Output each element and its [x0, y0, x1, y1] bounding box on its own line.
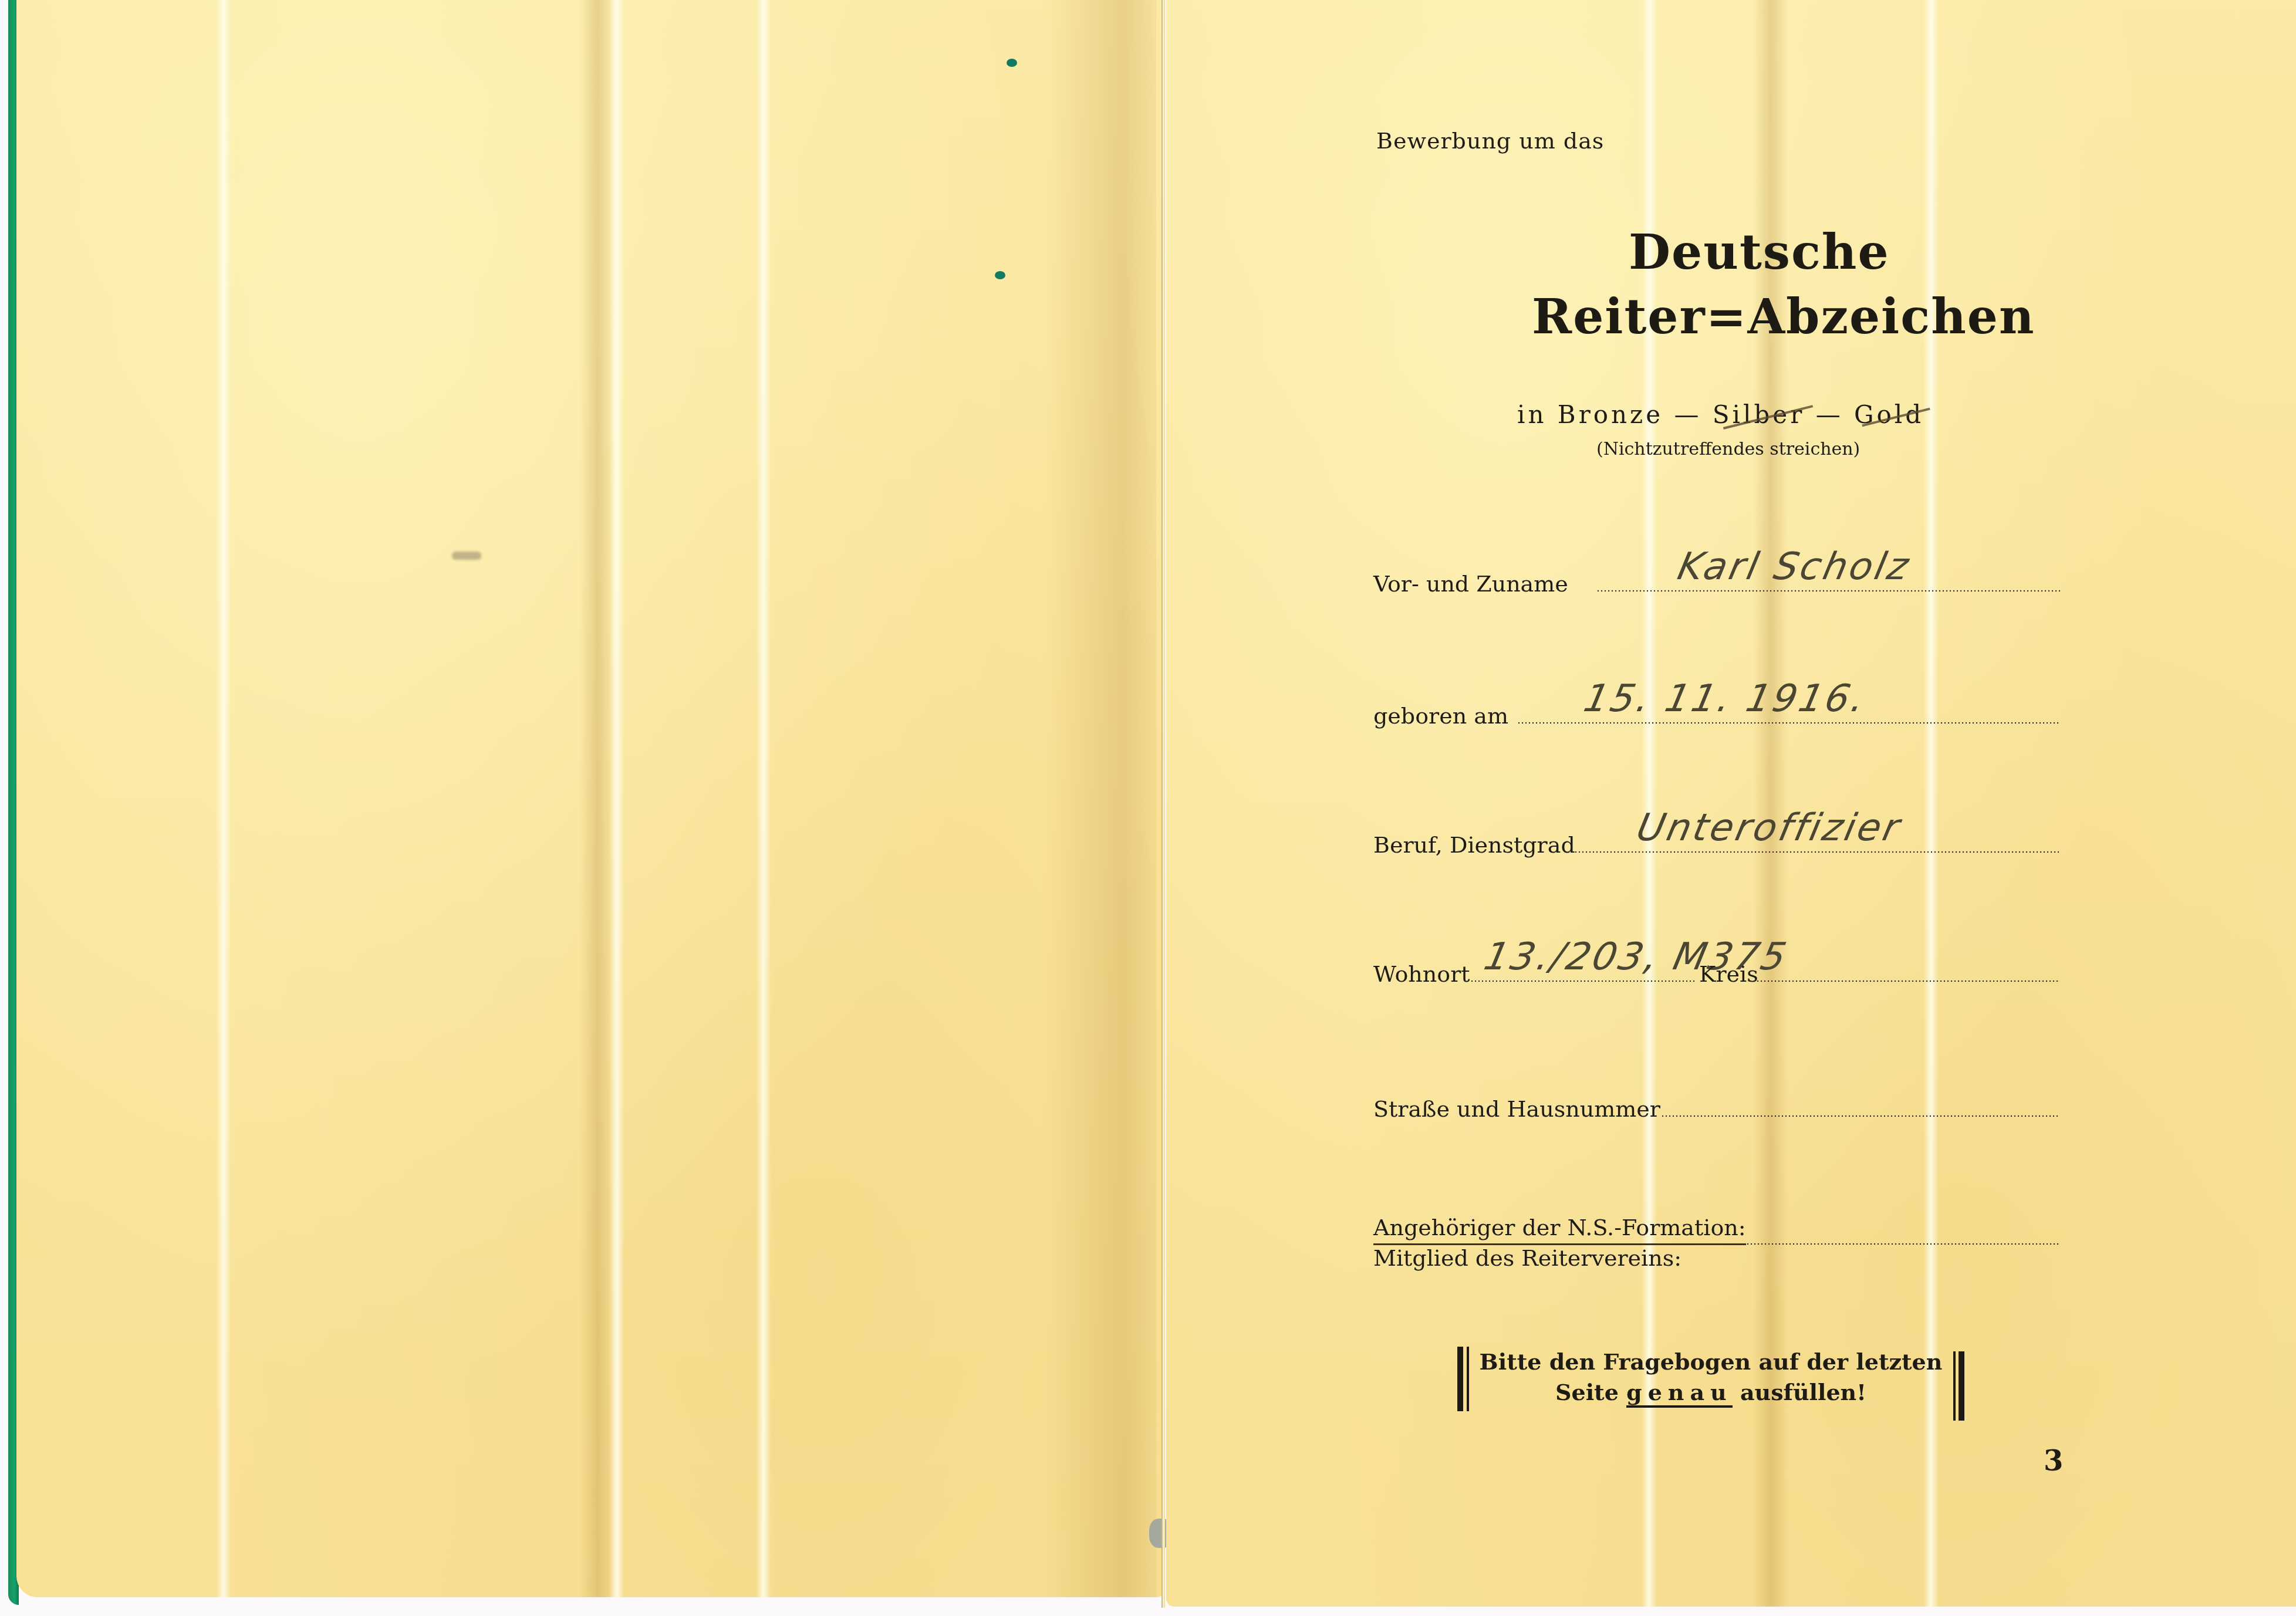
notice-bar-left-thin: [1467, 1347, 1469, 1411]
grade-separator: —: [1674, 400, 1712, 429]
residence-label: Wohnort: [1373, 962, 1470, 986]
grade-separator: —: [1816, 400, 1854, 429]
notice-line-2: Seite genau ausfüllen!: [1476, 1377, 1946, 1408]
fill-questionnaire-notice: Bitte den Fragebogen auf der letzten Sei…: [1441, 1347, 1981, 1423]
staple-hole-icon: [995, 271, 1005, 279]
grades-note: (Nichtzutreffendes streichen): [1596, 439, 1860, 459]
street-field[interactable]: Straße und Hausnummer: [1373, 1074, 2060, 1121]
dotted-line: [1567, 851, 2060, 853]
dotted-line: [1746, 1243, 2060, 1245]
grade-bronze[interactable]: Bronze: [1558, 400, 1663, 429]
rank-label: Beruf, Dienstgrad: [1373, 833, 1575, 857]
ns-formation-label: Angehöriger der N.S.-Formation:: [1373, 1215, 1746, 1240]
left-page: [16, 0, 1165, 1597]
district-dotted-line[interactable]: [1749, 980, 2060, 982]
birthdate-value-handwritten[interactable]: 15. 11. 1916.: [1580, 677, 1870, 721]
riding-club-label: Mitglied des Reitervereins:: [1373, 1245, 1682, 1271]
name-value-handwritten[interactable]: Karl Scholz: [1674, 545, 1915, 589]
dotted-line: [1661, 1115, 2060, 1117]
fold-crease: [609, 0, 624, 1597]
street-label: Straße und Hausnummer: [1373, 1097, 1660, 1121]
notice-bar-right-thin: [1953, 1351, 1956, 1421]
intro-text: Bewerbung um das: [1376, 128, 1604, 154]
fold-crease: [216, 0, 231, 1597]
dotted-line: [1517, 722, 2060, 724]
notice-bar-right: [1959, 1351, 1964, 1421]
organization-field[interactable]: Angehöriger der N.S.-Formation: Mitglied…: [1373, 1215, 2060, 1279]
notice-line-1: Bitte den Fragebogen auf der letzten: [1476, 1347, 1946, 1377]
page-number: 3: [2044, 1445, 2063, 1478]
notice-word-genau: genau: [1626, 1379, 1733, 1408]
spine-shadow: [1045, 0, 1156, 1597]
rank-field[interactable]: Beruf, Dienstgrad Unteroffizier: [1373, 810, 2060, 857]
dotted-line: [1596, 590, 2060, 592]
name-label: Vor- und Zuname: [1373, 572, 1568, 596]
spine: [1161, 0, 1165, 1608]
name-field[interactable]: Vor- und Zuname Karl Scholz: [1373, 549, 2060, 596]
notice-word-seite: Seite: [1555, 1379, 1619, 1405]
fold-crease: [756, 0, 771, 1597]
grade-silber-struck[interactable]: Silber: [1713, 400, 1805, 429]
grades-prefix: in: [1517, 400, 1547, 429]
birthdate-field[interactable]: geboren am 15. 11. 1916.: [1373, 681, 2060, 728]
staple-hole-icon: [1007, 59, 1017, 67]
dotted-line: [1470, 980, 1696, 982]
residence-field[interactable]: Wohnort 13./203, M375 Kreis: [1373, 939, 2060, 986]
title-line-2: Reiter=Abzeichen: [1532, 289, 2035, 345]
badge-grade-options: in Bronze — Silber — Gold: [1517, 400, 1924, 429]
ink-smudge: [452, 552, 481, 560]
booklet-spread: Bewerbung um das Deutsche Reiter=Abzeich…: [0, 0, 2296, 1616]
notice-text: Bitte den Fragebogen auf der letzten Sei…: [1476, 1347, 1946, 1408]
rank-value-handwritten[interactable]: Unteroffizier: [1633, 806, 1906, 850]
birthdate-label: geboren am: [1373, 704, 1508, 728]
district-label: Kreis: [1699, 962, 1758, 986]
title-line-1: Deutsche: [1629, 224, 1890, 280]
grade-gold-struck[interactable]: Gold: [1854, 400, 1924, 429]
notice-bar-left: [1457, 1347, 1463, 1411]
notice-word-ausfuellen: ausfüllen!: [1740, 1379, 1866, 1405]
